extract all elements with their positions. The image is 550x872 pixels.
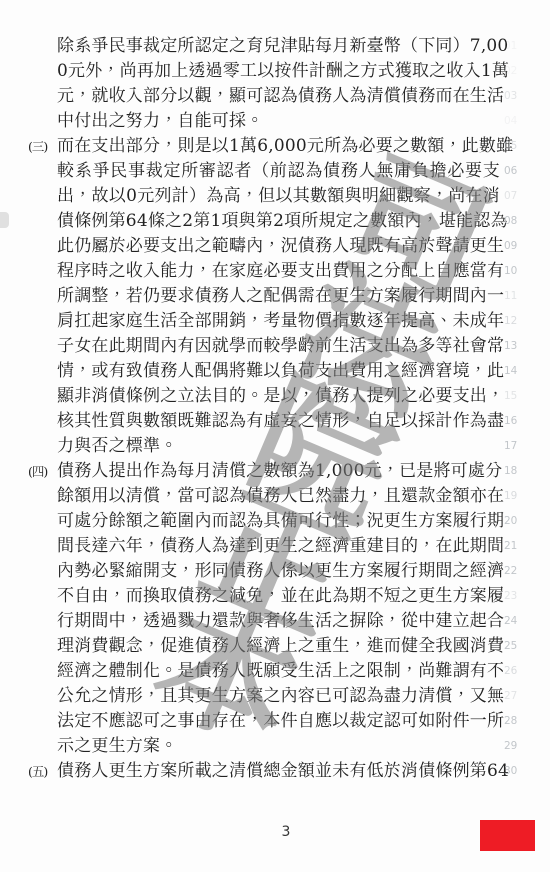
document-line: (三)而在支出部分，則是以1萬6,000元所為必要之數額，此數雖05 <box>28 134 550 159</box>
line-number: 23 <box>500 584 550 609</box>
page-number: 3 <box>0 824 550 840</box>
line-number: 04 <box>500 109 550 134</box>
document-rows: 除系爭民事裁定所認定之育兒津貼每月新臺幣（下同）7,00010元外，尚再加上透過… <box>28 34 550 784</box>
line-number: 18 <box>500 459 550 484</box>
line-text: 內勢必緊縮開支，形同債務人係以更生方案履行期間之經濟 <box>57 559 500 584</box>
line-text: 間長達六年，債務人為達到更生之經濟重建目的，在此期間 <box>57 534 500 559</box>
line-indent <box>28 34 57 59</box>
line-text: 程序時之收入能力，在家庭必要支出費用之分配上自應當有 <box>57 259 500 284</box>
document-line: (五)債務人更生方案所載之清償總金額並未有低於消債條例第6430 <box>28 759 550 784</box>
line-indent <box>28 209 57 234</box>
scanned-ruling-page: 除系爭民事裁定所認定之育兒津貼每月新臺幣（下同）7,00010元外，尚再加上透過… <box>0 0 550 872</box>
line-number: 02 <box>500 59 550 84</box>
line-indent <box>28 534 57 559</box>
line-text: 此仍屬於必要支出之範疇內，況債務人現既有高於聲請更生 <box>57 234 500 259</box>
document-line: 債條例第64條之2第1項與第2項所規定之數額內，堪能認為08 <box>28 209 550 234</box>
document-line: 顯非消債條例之立法目的。是以，債務人提列之必要支出，15 <box>28 384 550 409</box>
document-line: 0元外，尚再加上透過零工以按件計酬之方式獲取之收入1萬02 <box>28 59 550 84</box>
line-indent <box>28 159 57 184</box>
line-number: 28 <box>500 709 550 734</box>
document-line: 可處分餘額之範圍內而認為具備可行性；況更生方案履行期20 <box>28 509 550 534</box>
line-indent <box>28 59 57 84</box>
line-text: 不自由，而換取債務之減免，並在此為期不短之更生方案履 <box>57 584 500 609</box>
document-line: 此仍屬於必要支出之範疇內，況債務人現既有高於聲請更生09 <box>28 234 550 259</box>
red-stamp <box>480 820 535 851</box>
line-indent <box>28 584 57 609</box>
line-text: 可處分餘額之範圍內而認為具備可行性；況更生方案履行期 <box>57 509 500 534</box>
document-line: 子女在此期間內有因就學而較學齡前生活支出為多等社會常13 <box>28 334 550 359</box>
document-line: 中付出之努力，自能可採。04 <box>28 109 550 134</box>
line-text: 餘額用以清償，當可認為債務人已然盡力，且還款金額亦在 <box>57 484 500 509</box>
line-indent <box>28 84 57 109</box>
line-indent <box>28 359 57 384</box>
line-text: 較系爭民事裁定所審認者（前認為債務人無庸負擔必要支 <box>57 159 500 184</box>
document-line: 經濟之體制化。是債務人既願受生活上之限制，尚難謂有不26 <box>28 659 550 684</box>
document-line: 公允之情形，且其更生方案之內容已可認為盡力清償，又無27 <box>28 684 550 709</box>
line-text: 公允之情形，且其更生方案之內容已可認為盡力清償，又無 <box>57 684 500 709</box>
line-indent <box>28 734 57 759</box>
line-text: 而在支出部分，則是以1萬6,000元所為必要之數額，此數雖 <box>57 134 500 159</box>
document-line: 法定不應認可之事由存在，本件自應以裁定認可如附件一所28 <box>28 709 550 734</box>
line-text: 除系爭民事裁定所認定之育兒津貼每月新臺幣（下同）7,00 <box>57 34 500 59</box>
line-text: 經濟之體制化。是債務人既願受生活上之限制，尚難謂有不 <box>57 659 500 684</box>
line-indent <box>28 334 57 359</box>
line-number: 12 <box>500 309 550 334</box>
line-text: 情，或有致債務人配偶將難以負荷支出費用之經濟窘境，此 <box>57 359 500 384</box>
document-line: 行期間中，透過戮力還款與奢侈生活之摒除，從中建立起合24 <box>28 609 550 634</box>
document-line: 理消費觀念，促進債務人經濟上之重生，進而健全我國消費25 <box>28 634 550 659</box>
document-line: 餘額用以清償，當可認為債務人已然盡力，且還款金額亦在19 <box>28 484 550 509</box>
line-number: 26 <box>500 659 550 684</box>
document-line: 核其性質與數額既難認為有虛妄之情形，自足以採計作為盡16 <box>28 409 550 434</box>
line-text: 行期間中，透過戮力還款與奢侈生活之摒除，從中建立起合 <box>57 609 500 634</box>
line-number: 25 <box>500 634 550 659</box>
line-text: 顯非消債條例之立法目的。是以，債務人提列之必要支出， <box>57 384 500 409</box>
line-indent <box>28 659 57 684</box>
line-text: 出，故以0元列計）為高，但以其數額與明細觀察，尚在消 <box>57 184 500 209</box>
line-indent <box>28 609 57 634</box>
line-number: 22 <box>500 559 550 584</box>
line-text: 債務人更生方案所載之清償總金額並未有低於消債條例第64 <box>57 759 500 784</box>
line-number: 27 <box>500 684 550 709</box>
document-line: 元，就收入部分以觀，顯可認為債務人為清償債務而在生活03 <box>28 84 550 109</box>
document-line: (四)債務人提出作為每月清償之數額為1,000元，已是將可處分18 <box>28 459 550 484</box>
line-indent <box>28 409 57 434</box>
line-indent <box>28 684 57 709</box>
line-indent <box>28 559 57 584</box>
document-line: 程序時之收入能力，在家庭必要支出費用之分配上自應當有10 <box>28 259 550 284</box>
line-text: 力與否之標準。 <box>57 434 500 459</box>
document-line: 肩扛起家庭生活全部開銷，考量物價指數逐年提高、未成年12 <box>28 309 550 334</box>
line-number: 30 <box>500 759 550 784</box>
document-line: 除系爭民事裁定所認定之育兒津貼每月新臺幣（下同）7,0001 <box>28 34 550 59</box>
line-indent <box>28 434 57 459</box>
line-indent <box>28 109 57 134</box>
line-number: 10 <box>500 259 550 284</box>
line-indent <box>28 709 57 734</box>
line-number: 15 <box>500 384 550 409</box>
line-number: 24 <box>500 609 550 634</box>
line-number: 13 <box>500 334 550 359</box>
line-text: 0元外，尚再加上透過零工以按件計酬之方式獲取之收入1萬 <box>57 59 500 84</box>
line-indent <box>28 634 57 659</box>
document-line: 情，或有致債務人配偶將難以負荷支出費用之經濟窘境，此14 <box>28 359 550 384</box>
line-number: 09 <box>500 234 550 259</box>
line-indent <box>28 509 57 534</box>
line-number: 17 <box>500 434 550 459</box>
document-line: 較系爭民事裁定所審認者（前認為債務人無庸負擔必要支06 <box>28 159 550 184</box>
line-number: 07 <box>500 184 550 209</box>
line-text: 元，就收入部分以觀，顯可認為債務人為清償債務而在生活 <box>57 84 500 109</box>
document-line: 出，故以0元列計）為高，但以其數額與明細觀察，尚在消07 <box>28 184 550 209</box>
scan-artifact <box>0 212 9 228</box>
line-indent <box>28 309 57 334</box>
line-number: 20 <box>500 509 550 534</box>
line-number: 16 <box>500 409 550 434</box>
line-indent <box>28 384 57 409</box>
line-text: 核其性質與數額既難認為有虛妄之情形，自足以採計作為盡 <box>57 409 500 434</box>
line-text: 理消費觀念，促進債務人經濟上之重生，進而健全我國消費 <box>57 634 500 659</box>
document-line: 示之更生方案。29 <box>28 734 550 759</box>
line-number: 06 <box>500 159 550 184</box>
line-number: 08 <box>500 209 550 234</box>
line-indent <box>28 259 57 284</box>
line-text: 中付出之努力，自能可採。 <box>57 109 500 134</box>
line-number: 05 <box>500 134 550 159</box>
line-number: 14 <box>500 359 550 384</box>
document-line: 內勢必緊縮開支，形同債務人係以更生方案履行期間之經濟22 <box>28 559 550 584</box>
paragraph-marker: (四) <box>28 459 57 484</box>
line-text: 債條例第64條之2第1項與第2項所規定之數額內，堪能認為 <box>57 209 500 234</box>
line-text: 債務人提出作為每月清償之數額為1,000元，已是將可處分 <box>57 459 500 484</box>
document-line: 間長達六年，債務人為達到更生之經濟重建目的，在此期間21 <box>28 534 550 559</box>
line-indent <box>28 234 57 259</box>
document-line: 所調整，若仍要求債務人之配偶需在更生方案履行期間內一11 <box>28 284 550 309</box>
line-number: 21 <box>500 534 550 559</box>
line-text: 示之更生方案。 <box>57 734 500 759</box>
line-indent <box>28 484 57 509</box>
line-number: 29 <box>500 734 550 759</box>
line-text: 法定不應認可之事由存在，本件自應以裁定認可如附件一所 <box>57 709 500 734</box>
paragraph-marker: (三) <box>28 134 57 159</box>
line-text: 子女在此期間內有因就學而較學齡前生活支出為多等社會常 <box>57 334 500 359</box>
line-indent <box>28 284 57 309</box>
line-indent <box>28 184 57 209</box>
document-line: 力與否之標準。17 <box>28 434 550 459</box>
line-number: 03 <box>500 84 550 109</box>
document-line: 不自由，而換取債務之減免，並在此為期不短之更生方案履23 <box>28 584 550 609</box>
line-number: 19 <box>500 484 550 509</box>
line-text: 所調整，若仍要求債務人之配偶需在更生方案履行期間內一 <box>57 284 500 309</box>
paragraph-marker: (五) <box>28 759 57 784</box>
line-number: 01 <box>500 34 550 59</box>
line-number: 11 <box>500 284 550 309</box>
line-text: 肩扛起家庭生活全部開銷，考量物價指數逐年提高、未成年 <box>57 309 500 334</box>
